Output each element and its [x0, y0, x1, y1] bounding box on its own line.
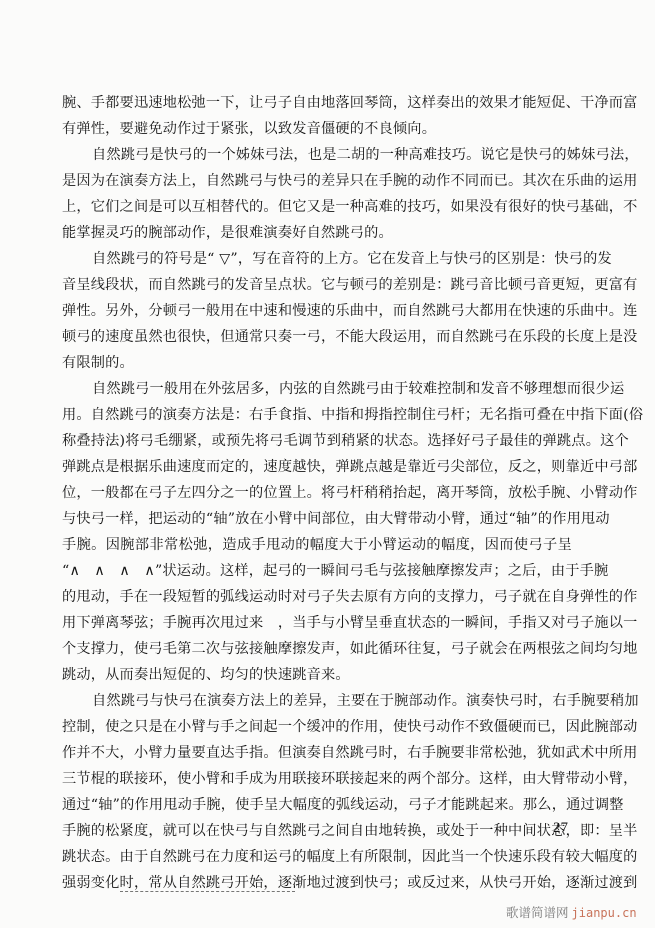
text-line: 个支撑力，使弓毛第二次与弦接触摩擦发声，如此循环往复，弓子就会在两根弦之间均匀地 [62, 636, 572, 662]
text-line: 控制，使之只是在小臂与手之间起一个缓冲的作用，使快弓动作不致僵硬而已，因此腕部动 [62, 714, 572, 740]
text-line: 作并不大，小臂力量要直达手指。但演奏自然跳弓时，右手腕要非常松弛，犹如武术中所用 [62, 740, 572, 766]
watermark: 歌谱简谱网jianpu.cn [506, 903, 637, 921]
text-line: 自然跳弓一般用在外弦居多，内弦的自然跳弓由于较难控制和发音不够理想而很少运 [62, 376, 572, 402]
text-line: 弹跳点是根据乐曲速度而定的，速度越快，弹跳点越是靠近弓尖部位，反之，则靠近中弓部 [62, 454, 572, 480]
text-line: 用。自然跳弓的演奏方法是：右手食指、中指和拇指控制住弓杆；无名指可叠在中指下面(… [62, 402, 572, 428]
text-line: 跳状态。由于自然跳弓在力度和运弓的幅度上有所限制，因此当一个快速乐段有较大幅度的 [62, 844, 572, 870]
watermark-domain: jianpu.cn [572, 906, 637, 920]
text-line: 音呈线段状，而自然跳弓的发音呈点状。它与顿弓的差别是：跳弓音比顿弓音更短，更富有 [62, 272, 572, 298]
text-line: 的甩动，手在一段短暂的弧线运动时对弓子失去原有方向的支撑力，弓子就在自身弹性的作 [62, 584, 572, 610]
document-page: 腕、手都要迅速地松弛一下，让弓子自由地落回琴筒，这样奏出的效果才能短促、干净而富… [0, 0, 655, 928]
page-number: 27 [553, 820, 568, 837]
text-line: 能掌握灵巧的腕部动作，是很难演奏好自然跳弓的。 [62, 220, 572, 246]
text-line: 强弱变化时，常从自然跳弓开始，逐渐地过渡到快弓；或反过来，从快弓开始，逐渐过渡到 [62, 870, 572, 896]
body-text: 腕、手都要迅速地松弛一下，让弓子自由地落回琴筒，这样奏出的效果才能短促、干净而富… [62, 90, 572, 896]
text-line: 通过“轴”的作用甩动手腕，使手呈大幅度的弧线运动，弓子才能跳起来。那么，通过调整 [62, 792, 572, 818]
text-line: 是因为在演奏方法上，自然跳弓与快弓的差异只在手腕的动作不同而已。其次在乐曲的运用 [62, 168, 572, 194]
text-line: 弹性。另外，分顿弓一般用在中速和慢速的乐曲中，而自然跳弓大都用在快速的乐曲中。连 [62, 298, 572, 324]
text-line: 三节棍的联接环，使小臂和手成为用联接环联接起来的两个部分。这样，由大臂带动小臂， [62, 766, 572, 792]
text-line: 顿弓的速度虽然也很快，但通常只奏一弓，不能大段运用，而自然跳弓在乐段的长度上是没 [62, 324, 572, 350]
text-line: 与快弓一样，把运动的“轴”放在小臂中间部位，由大臂带动小臂，通过“轴”的作用甩动 [62, 506, 572, 532]
text-line: 有限制的。 [62, 350, 572, 376]
text-line: 跳动，从而奏出短促的、均匀的快速跳音来。 [62, 662, 572, 688]
text-line: 手腕。因腕部非常松弛，造成手甩动的幅度大于小臂运动的幅度，因而使弓子呈 [62, 532, 572, 558]
footer-rule [120, 891, 295, 892]
text-line: 自然跳弓是快弓的一个姊妹弓法，也是二胡的一种高难技巧。说它是快弓的姊妹弓法， [62, 142, 572, 168]
text-line: 上，它们之间是可以互相替代的。但它又是一种高难的技巧，如果没有很好的快弓基础，不 [62, 194, 572, 220]
text-line: 自然跳弓与快弓在演奏方法上的差异，主要在于腕部动作。演奏快弓时，右手腕要稍加 [62, 688, 572, 714]
text-line: 位，一般都在弓子左四分之一的位置上。将弓杆稍稍抬起，离开琴筒，放松手腕、小臂动作 [62, 480, 572, 506]
text-line: 有弹性，要避免动作过于紧张，以致发音僵硬的不良倾向。 [62, 116, 572, 142]
watermark-chinese: 歌谱简谱网 [506, 905, 569, 920]
text-line: 手腕的松紧度，就可以在快弓与自然跳弓之间自由地转换，或处于一种中间状态，即：呈半 [62, 818, 572, 844]
text-line: 用下弹离琴弦；手腕再次甩过来 ，当手与小臂呈垂直状态的一瞬间，手指又对弓子施以一 [62, 610, 572, 636]
text-line: 称叠持法)将弓毛绷紧，或预先将弓毛调节到稍紧的状态。选择好弓子最佳的弹跳点。这个 [62, 428, 572, 454]
text-line: 腕、手都要迅速地松弛一下，让弓子自由地落回琴筒，这样奏出的效果才能短促、干净而富 [62, 90, 572, 116]
text-line: 自然跳弓的符号是“ ▽”，写在音符的上方。它在发音上与快弓的区别是：快弓的发 [62, 246, 572, 272]
text-line: “∧ ∧ ∧ ∧”状运动。这样，起弓的一瞬间弓毛与弦接触摩擦发声；之后，由于手腕 [62, 558, 572, 584]
